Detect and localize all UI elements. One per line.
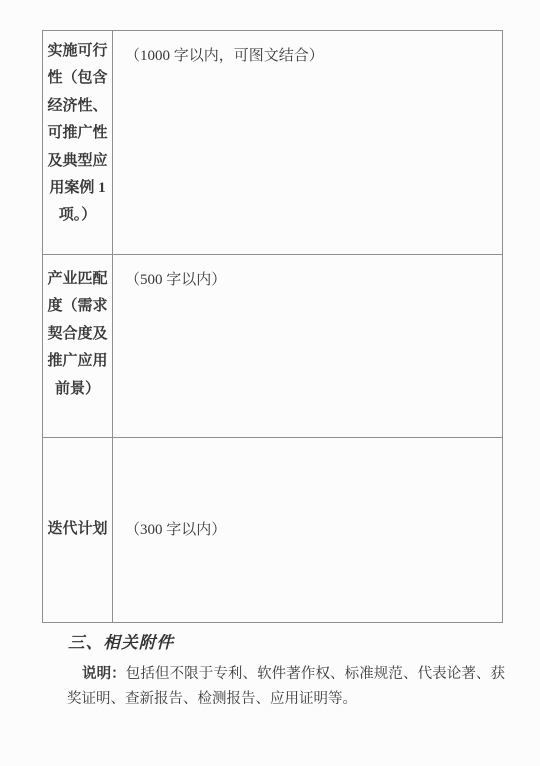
note-label: 说明：	[82, 666, 126, 682]
note-body-text: 包括但不限于专利、软件著作权、标准规范、代表论著、获奖证明、查新报告、检测报告、…	[67, 666, 505, 707]
application-form-table: 实施可行 性（包含 经济性、 可推广性 及典型应 用案例 1 项。） （1000…	[42, 30, 503, 623]
industry-match-content-cell[interactable]: （500 字以内）	[112, 255, 502, 437]
attachments-note-paragraph: 说明：包括但不限于专利、软件著作权、标准规范、代表论著、获奖证明、查新报告、检测…	[67, 662, 505, 712]
attachments-section-heading: 三、相关附件	[68, 632, 174, 654]
table-row-industry-match: 产业匹配 度（需求 契合度及 推广应用 前景） （500 字以内）	[43, 254, 502, 437]
document-page: 实施可行 性（包含 经济性、 可推广性 及典型应 用案例 1 项。） （1000…	[0, 0, 540, 766]
industry-match-header-cell: 产业匹配 度（需求 契合度及 推广应用 前景）	[43, 255, 112, 437]
feasibility-header-cell: 实施可行 性（包含 经济性、 可推广性 及典型应 用案例 1 项。）	[43, 31, 112, 254]
table-row-iteration-plan: 迭代计划 （300 字以内）	[43, 437, 502, 622]
table-row-feasibility: 实施可行 性（包含 经济性、 可推广性 及典型应 用案例 1 项。） （1000…	[43, 31, 502, 254]
iteration-plan-content-cell[interactable]: （300 字以内）	[112, 438, 502, 622]
feasibility-content-cell[interactable]: （1000 字以内，可图文结合）	[112, 31, 502, 254]
iteration-plan-header-cell: 迭代计划	[43, 438, 112, 622]
